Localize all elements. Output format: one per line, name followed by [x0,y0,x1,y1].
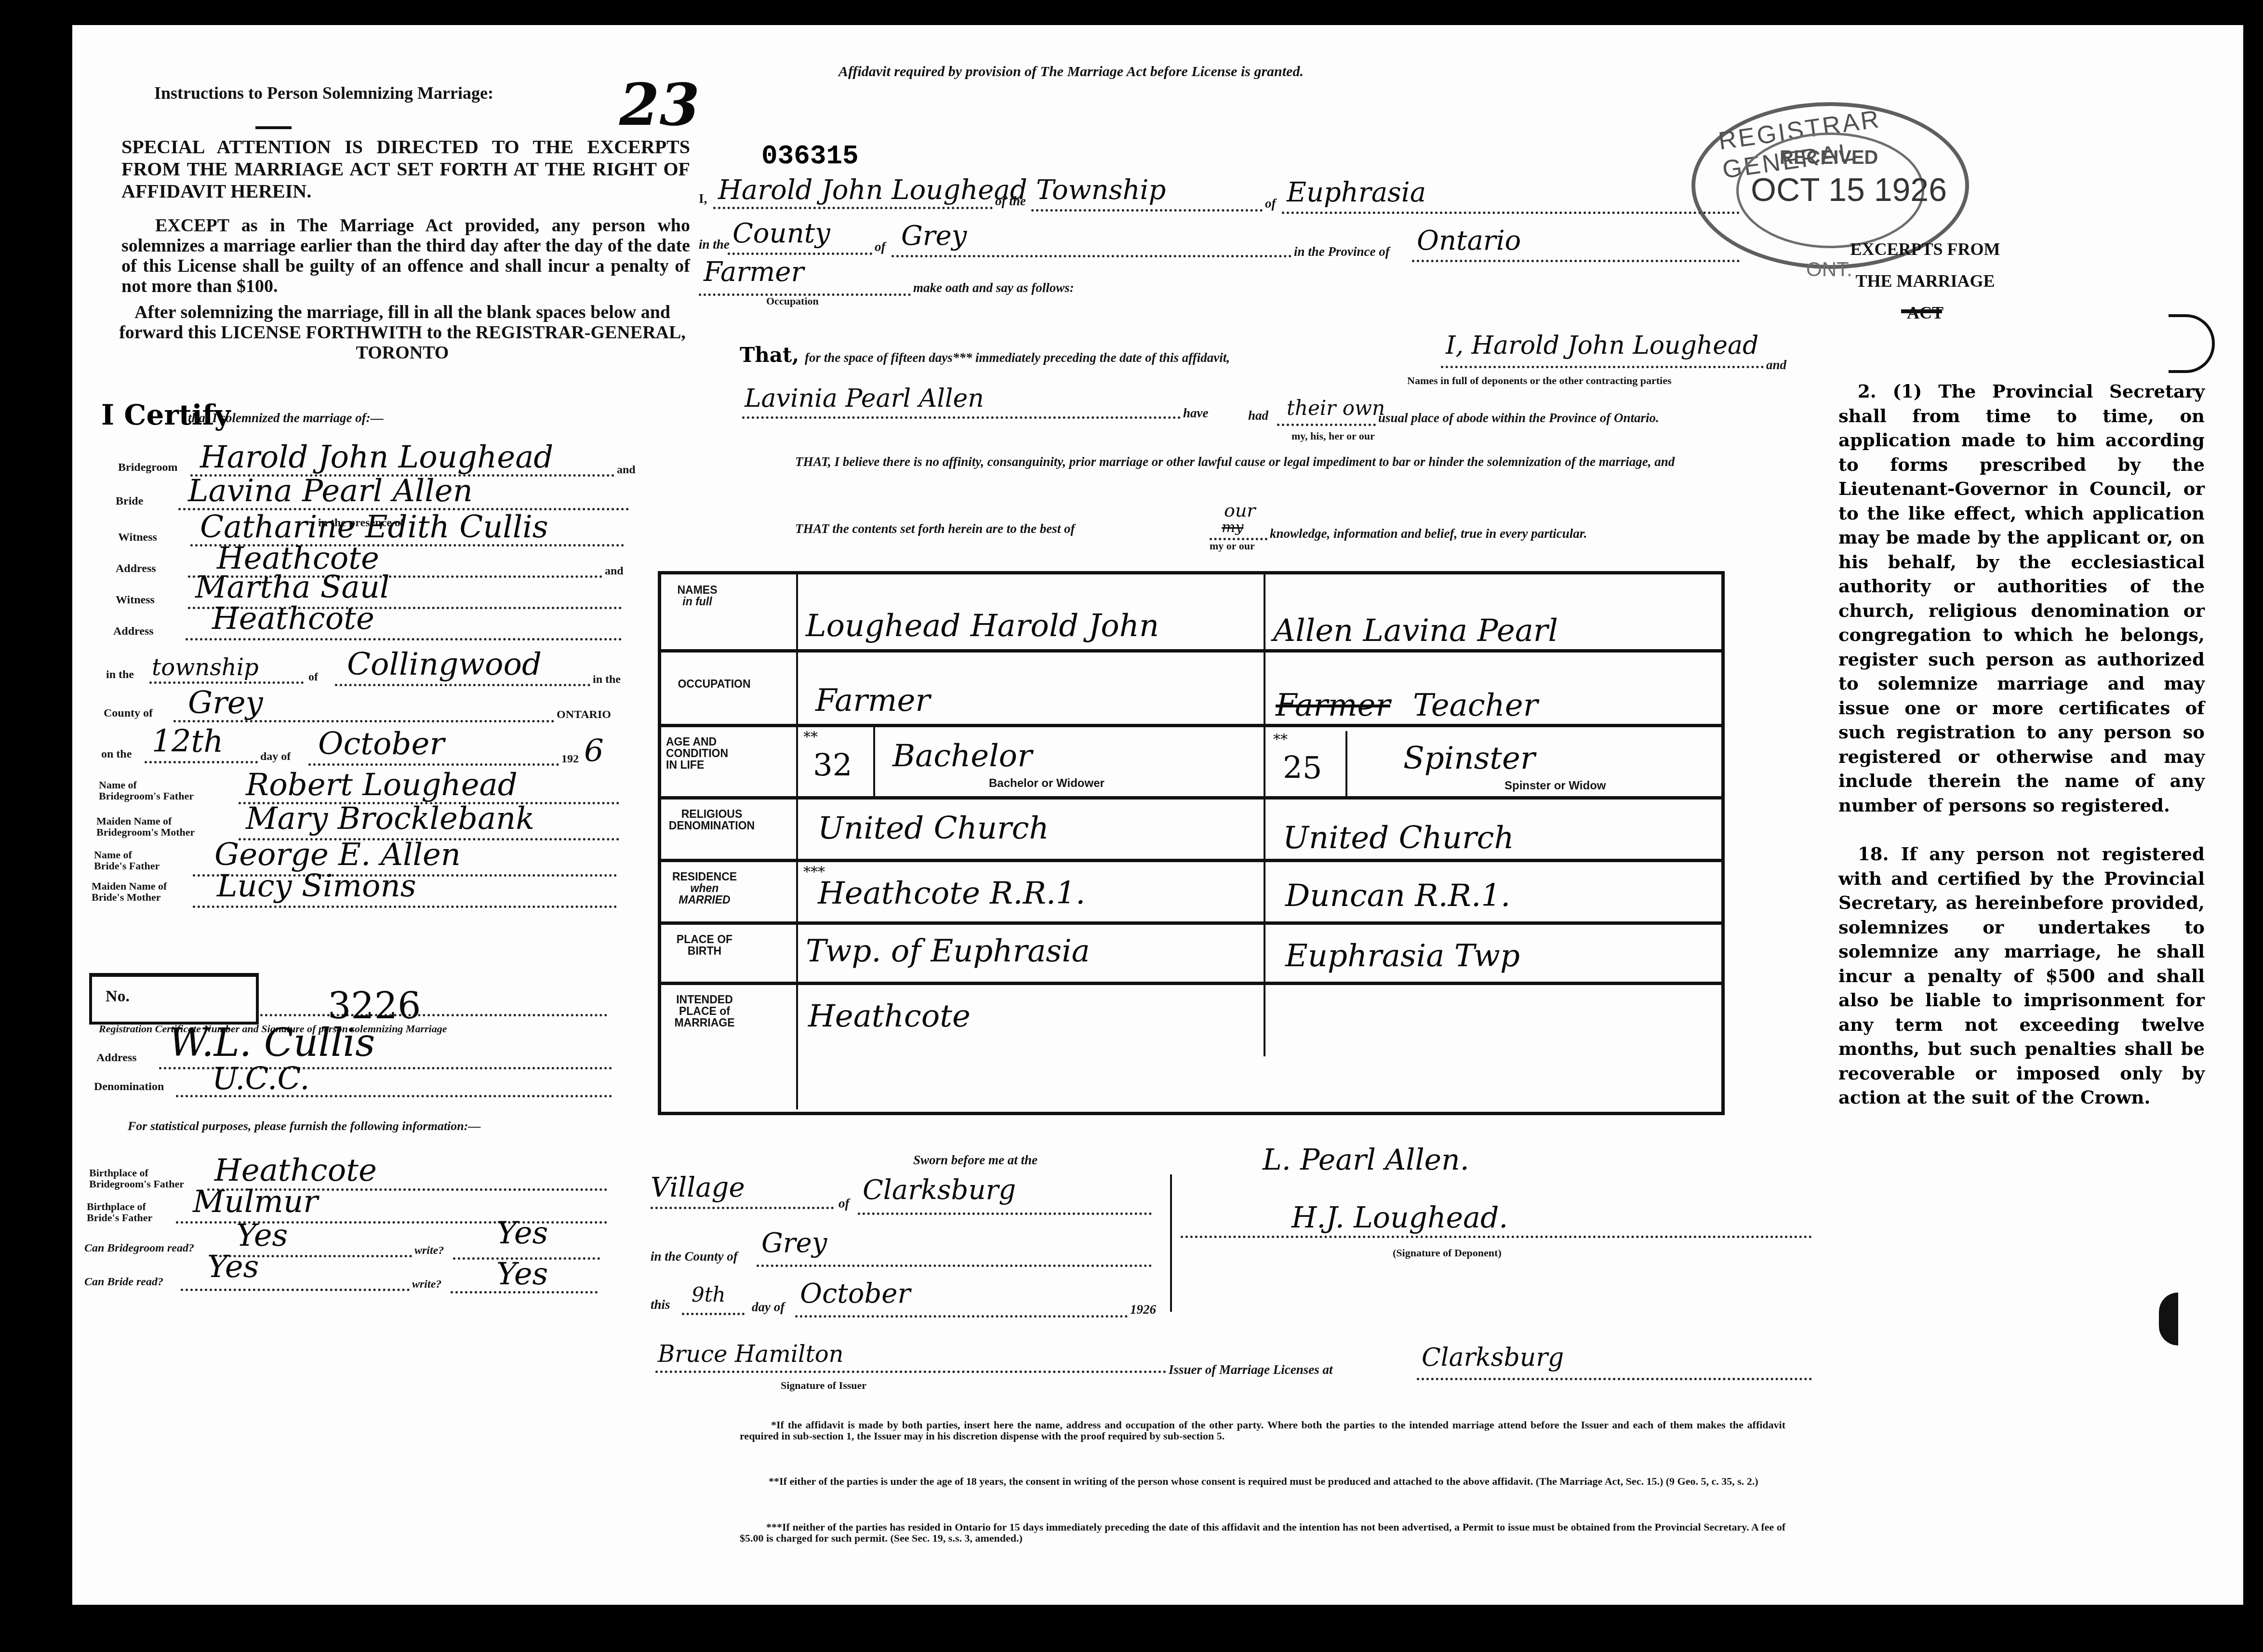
table-row-divider [661,982,1721,985]
groom-write-label: write? [414,1244,444,1257]
table-row-divider [661,921,1721,925]
denomination-value: U.C.C. [212,1061,309,1097]
except-text: EXCEPT as in The Marriage Act provided, … [121,215,690,296]
groom-residence-cell: Heathcote R.R.1. [818,876,1085,911]
groom-religion-cell: United Church [818,811,1049,846]
stamp-date: OCT 15 1926 [1751,171,1947,209]
year-suffix-value: 6 [584,733,604,769]
sworn-bracket [1170,1174,1172,1312]
address1-label: Address [116,562,156,575]
of-label: of [875,240,886,254]
affidavit-i-prefix: I, [699,191,707,206]
sworn-month-line [795,1314,1128,1318]
knowledge-pronoun-value: our [1224,500,1256,521]
day-field-line [145,760,258,763]
age-mark: ** [1273,731,1288,748]
table-row-divider [661,649,1721,653]
handwritten-page-number: 23 [619,71,700,139]
abode-text: usual place of abode within the Province… [1378,411,1659,426]
day-value: 12th [152,724,223,759]
bride-value: Lavina Pearl Allen [188,473,473,509]
municipality-type-line [149,680,304,684]
municipality-line [1282,211,1740,214]
bride-age-cell: 25 [1283,750,1322,786]
intended-place-cell: Heathcote [808,999,971,1034]
municipality-value: Euphrasia [1287,177,1426,208]
sworn-place-type-line [651,1206,834,1209]
witness2-value: Martha Saul [195,570,389,605]
footnote-3: ***If neither of the parties has resided… [740,1521,1785,1544]
bride-write-value: Yes [496,1256,548,1292]
deponent-signature-bride: L. Pearl Allen. [1263,1143,1469,1177]
had-label: had [1248,408,1268,423]
that-contents-text: THAT the contents set forth herein are t… [795,521,1075,536]
pronoun-value: their own [1287,396,1385,420]
footnote-2: **If either of the parties is under the … [740,1476,1785,1487]
municipality-type-value: township [152,654,259,681]
number-label: No. [106,987,130,1006]
name1-line [1441,365,1764,368]
special-attention-text: SPECIAL ATTENTION IS DIRECTED TO THE EXC… [121,136,690,202]
that-no-impediment-text: THAT, I believe there is no affinity, co… [742,454,1810,469]
names-hint: Names in full of deponents or the other … [1407,374,1672,387]
county-type-value: County [732,218,830,249]
witness1-value: Catharine Edith Cullis [200,509,548,545]
in-the-label-2: in the [593,673,621,686]
occupation-value: Farmer [704,256,804,288]
issuer-label: Issuer of Marriage Licenses at [1169,1362,1333,1377]
knowledge-hint: my or our [1210,540,1255,552]
instructions-title: Instructions to Person Solemnizing Marri… [154,83,493,103]
bride-occupation-struck: Farmer [1276,688,1390,723]
ontario-label: ONTARIO [557,708,611,721]
bride-mother-field-line [193,905,617,908]
bride-residence-cell: Duncan R.R.1. [1285,878,1510,914]
excerpt-section-18: 18. If any person not registered with an… [1838,842,2205,1110]
sworn-month-value: October [800,1278,910,1309]
groom-birthplace-cell: Twp. of Euphrasia [806,933,1090,969]
groom-age-cell: 32 [813,748,852,784]
age-mark: ** [803,729,818,746]
table-age-divider [873,726,875,796]
scanned-document-page: Instructions to Person Solemnizing Marri… [72,25,2243,1605]
make-oath-text: make oath and say as follows: [913,280,1074,295]
and-label: and [605,565,624,578]
certify-subheading: that I solemnized the marriage of:— [188,411,384,426]
sworn-place-value: Clarksburg [863,1174,1016,1206]
knowledge-pronoun-struck: my [1222,519,1243,536]
province-label: in the Province of [1294,244,1390,259]
bride-condition-cell: Spinster [1403,741,1535,776]
bride-read-label: Can Bride read? [84,1276,163,1289]
of-label: of [1265,196,1276,211]
year-prefix: 192 [561,753,579,766]
sworn-day-of-label: day of [752,1300,785,1315]
table-age-divider [1345,731,1347,799]
sworn-place-type-value: Village [651,1172,745,1203]
row-header-names: NAMESin full [668,584,726,607]
issuer-signature-label: Signature of Issuer [781,1379,866,1392]
day-of-label: day of [260,750,291,763]
sworn-county-line [757,1264,1152,1267]
issuer-place-value: Clarksburg [1422,1343,1564,1372]
stamp-received: RECEIVED [1780,147,1878,169]
punch-hole-bottom [2159,1292,2178,1346]
groom-father-birth-label: Birthplace ofBridegroom's Father [89,1167,184,1189]
municipality-type-value: Township [1036,174,1166,206]
statistical-note: For statistical purposes, please furnish… [92,1119,612,1133]
sworn-day-line [682,1312,745,1315]
bride-read-line [181,1288,410,1291]
of-label: of [308,671,318,684]
groom-mother-value: Mary Brocklebank [246,801,534,837]
bride-father-birth-label: Birthplace ofBride's Father [87,1201,152,1223]
sworn-day-value: 9th [692,1283,726,1306]
deponent-signature-line [1181,1235,1812,1238]
have-label: have [1183,406,1208,421]
that-name1-value: I, Harold John Loughead [1446,331,1758,360]
bridegroom-value: Harold John Loughead [200,440,553,475]
groom-name-cell: Loughead Harold John [806,608,1159,644]
row-header-intended-place: INTENDED PLACE of MARRIAGE [666,994,743,1028]
divider [1901,309,1942,313]
sworn-label: Sworn before me at the [913,1153,1038,1168]
row-header-age-condition: AGE AND CONDITION IN LIFE [666,736,729,771]
table-row-divider [661,859,1721,862]
groom-read-value: Yes [236,1218,288,1253]
name2-line [742,415,1181,419]
bride-condition-hint: Spinster or Widow [1504,779,1606,793]
groom-condition-hint: Bachelor or Widower [989,777,1105,790]
county-value: Grey [901,220,967,252]
sworn-of-label: of [839,1196,850,1211]
reg-number-field-line [260,1013,607,1016]
punch-hole-top [2169,314,2215,373]
knowledge-text: knowledge, information and belief, true … [1270,526,1587,541]
county-value: Grey [188,685,263,721]
address2-value: Heathcote [212,601,374,637]
address2-field-line [186,637,622,640]
bride-mother-value: Lucy Simons [217,868,416,904]
that-name2-value: Lavinia Pearl Allen [745,384,984,413]
table-col-divider [796,574,798,1109]
table-row-divider [661,724,1721,727]
excerpts-title: EXCERPTS FROM THE MARRIAGE ACT [1836,233,2014,329]
bride-father-value: George E. Allen [214,837,461,873]
after-solemnizing-text: After solemnizing the marriage, fill in … [116,302,689,363]
bride-label: Bride [116,495,143,508]
table-row-divider [661,796,1721,799]
officiant-address-label: Address [96,1052,137,1065]
bride-birthplace-cell: Euphrasia Twp [1285,938,1520,974]
pronoun-line [1277,423,1376,426]
groom-read-label: Can Bridegroom read? [84,1242,194,1255]
address2-label: Address [113,625,154,638]
issuer-signature-line [655,1370,1166,1373]
affidavit-title: Affidavit required by provision of The M… [839,64,1304,80]
affidavit-serial-number: 036315 [761,141,859,172]
row-header-birthplace: PLACE OF BIRTH [666,933,743,957]
of-the-label: of the [995,194,1026,209]
county-line [892,254,1291,257]
on-the-label: on the [101,748,132,761]
deponent-signature-label: (Signature of Deponent) [1393,1247,1502,1259]
fifteen-days-text: for the space of fifteen days*** immedia… [805,350,1230,365]
divider [255,126,292,129]
municipality-value: Collingwood [347,647,542,682]
issuer-signature: Bruce Hamilton [658,1341,843,1368]
municipality-type-line [1031,208,1263,212]
groom-condition-cell: Bachelor [892,738,1032,774]
row-header-occupation: OCCUPATION [666,678,762,690]
denomination-label: Denomination [94,1080,164,1093]
witness1-label: Witness [118,531,157,544]
sworn-county-label: in the County of [651,1249,738,1264]
month-value: October [318,726,444,762]
province-value: Ontario [1417,225,1521,256]
and-label: and [1766,358,1786,373]
groom-father-label: Name ofBridegroom's Father [99,779,194,801]
occupation-label: Occupation [766,295,819,307]
in-the-label: in the [699,237,730,252]
deponent-signature-groom: H.J. Loughead. [1291,1201,1508,1235]
bride-mother-label: Maiden Name ofBride's Mother [92,880,167,903]
witness2-label: Witness [116,594,155,607]
bride-father-birth-value: Mulmur [193,1184,318,1220]
deponent-name-line [713,206,993,209]
month-field-line [308,762,559,766]
province-line [1412,259,1740,262]
county-type-line [728,252,872,255]
pronoun-hint: my, his, her or our [1291,430,1375,442]
parties-table: NAMESin full OCCUPATION AGE AND CONDITIO… [658,571,1725,1115]
groom-father-value: Robert Loughead [246,767,518,803]
row-header-residence: RESIDENCEwhen MARRIED [666,871,743,906]
groom-father-birth-value: Heathcote [214,1153,377,1188]
bride-occupation-cell: Teacher [1413,688,1538,723]
footnote-1: *If the affidavit is made by both partie… [740,1419,1785,1441]
bride-name-cell: Allen Lavina Pearl [1273,613,1558,649]
municipality-line [335,683,590,686]
groom-occupation-cell: Farmer [815,683,930,719]
excerpt-section-2: 2. (1) The Provincial Secretary shall fr… [1838,379,2205,817]
that-heading: That, [740,343,799,367]
in-the-label: in the [106,668,134,681]
officiant-signature: W.L. Cullis [169,1020,375,1065]
bride-father-label: Name ofBride's Father [94,849,160,871]
bride-read-value: Yes [207,1249,259,1285]
groom-write-value: Yes [496,1215,548,1251]
and-label: and [617,464,636,477]
sworn-county-value: Grey [761,1227,827,1259]
bride-write-label: write? [412,1278,441,1291]
sworn-place-line [858,1212,1152,1215]
bride-religion-cell: United Church [1283,820,1514,856]
issuer-place-line [1417,1377,1812,1380]
sworn-this-label: this [651,1297,670,1312]
sworn-year-value: 1926 [1130,1302,1156,1317]
registration-number-box: No. [89,973,259,1025]
deponent-name-value: Harold John Loughead [718,174,1027,206]
groom-mother-label: Maiden Name ofBridegroom's Mother [96,815,195,838]
bridegroom-label: Bridegroom [118,461,178,474]
county-label: County of [104,707,153,720]
row-header-religion: RELIGIOUS DENOMINATION [664,808,760,831]
